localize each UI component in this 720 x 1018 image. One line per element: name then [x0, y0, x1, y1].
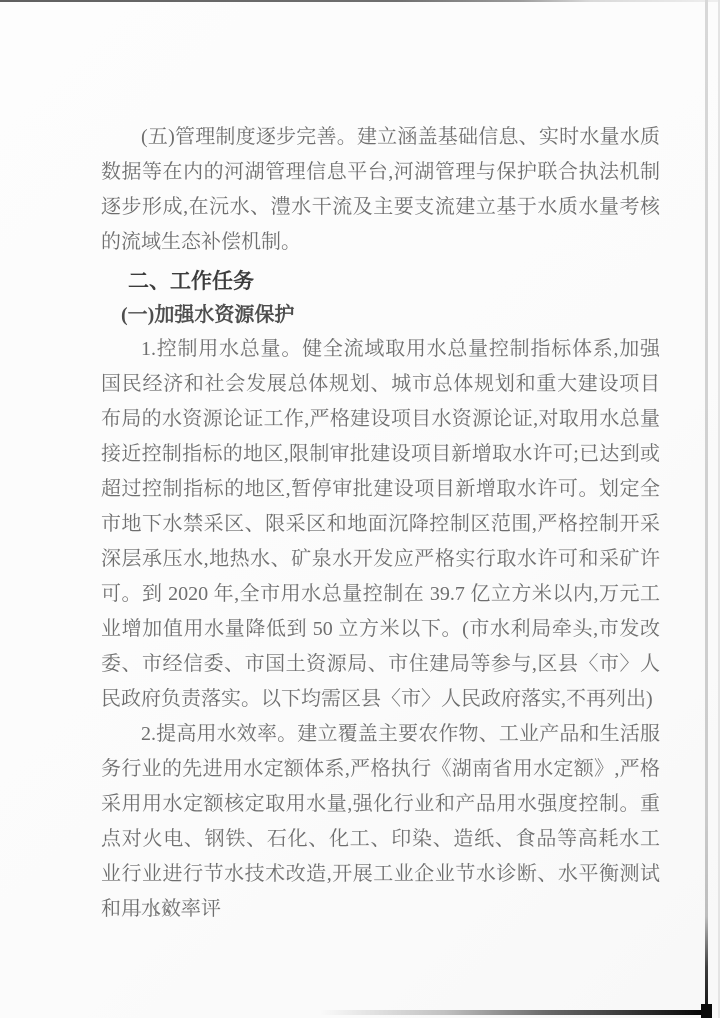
- section-heading-work-tasks: 二、工作任务: [128, 265, 660, 298]
- document-body: (五)管理制度逐步完善。建立涵盖基础信息、实时水量水质数据等在内的河湖管理信息平…: [101, 120, 660, 927]
- page-number-text: — 16 —: [124, 901, 202, 920]
- paragraph-task2-improve-water-efficiency: 2.提高用水效率。建立覆盖主要农作物、工业产品和生活服务行业的先进用水定额体系,…: [101, 717, 660, 927]
- subsection-heading-strengthen-water-resource-protection: (一)加强水资源保护: [121, 298, 660, 332]
- page-number: — 16 —: [124, 901, 202, 921]
- scan-artifact-right-edge-line: [705, 0, 708, 1018]
- scanned-document-page: (五)管理制度逐步完善。建立涵盖基础信息、实时水量水质数据等在内的河湖管理信息平…: [0, 0, 720, 1018]
- scan-artifact-bottom-right-corner: [701, 1004, 712, 1018]
- paragraph-task1-control-total-water-use: 1.控制用水总量。健全流域取用水总量控制指标体系,加强国民经济和社会发展总体规划…: [101, 332, 660, 717]
- paragraph-item5-management-system: (五)管理制度逐步完善。建立涵盖基础信息、实时水量水质数据等在内的河湖管理信息平…: [101, 120, 660, 260]
- scan-artifact-bottom-edge: [320, 1010, 710, 1015]
- scan-artifact-top-edge: [0, 0, 720, 2]
